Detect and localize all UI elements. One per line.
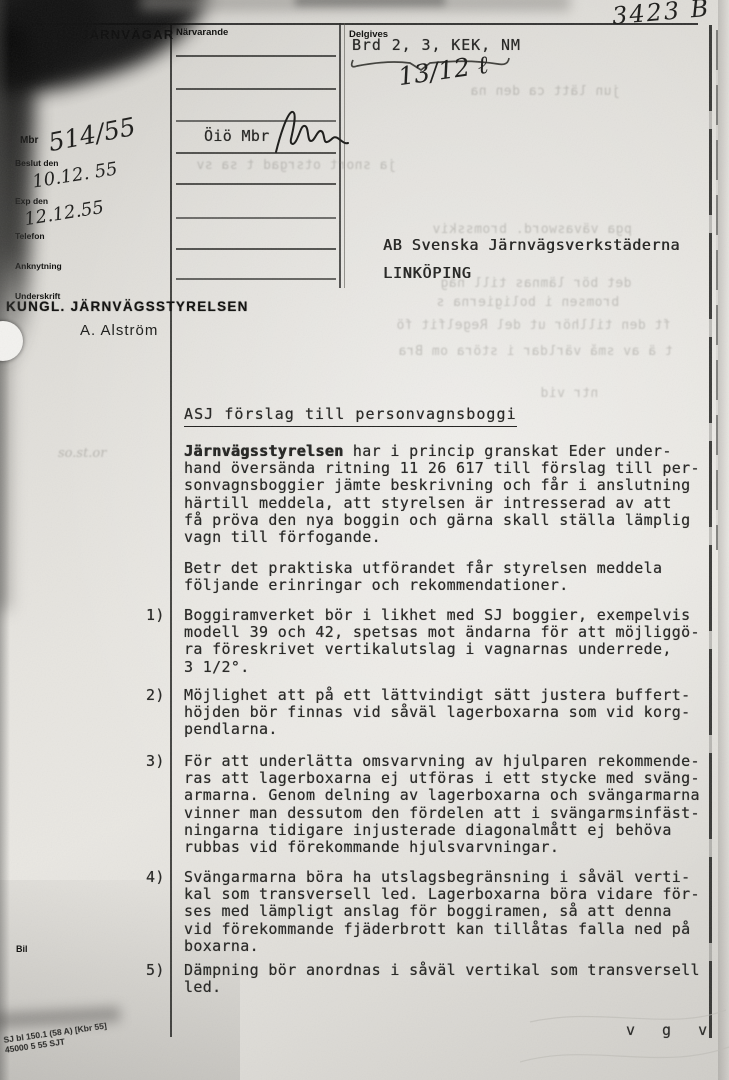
scanned-letter-page: ENS JÄRNVÄGAR Närvarande Delgives Brd 2,… [0, 0, 729, 1080]
paper-grain-overlay [0, 0, 729, 1080]
